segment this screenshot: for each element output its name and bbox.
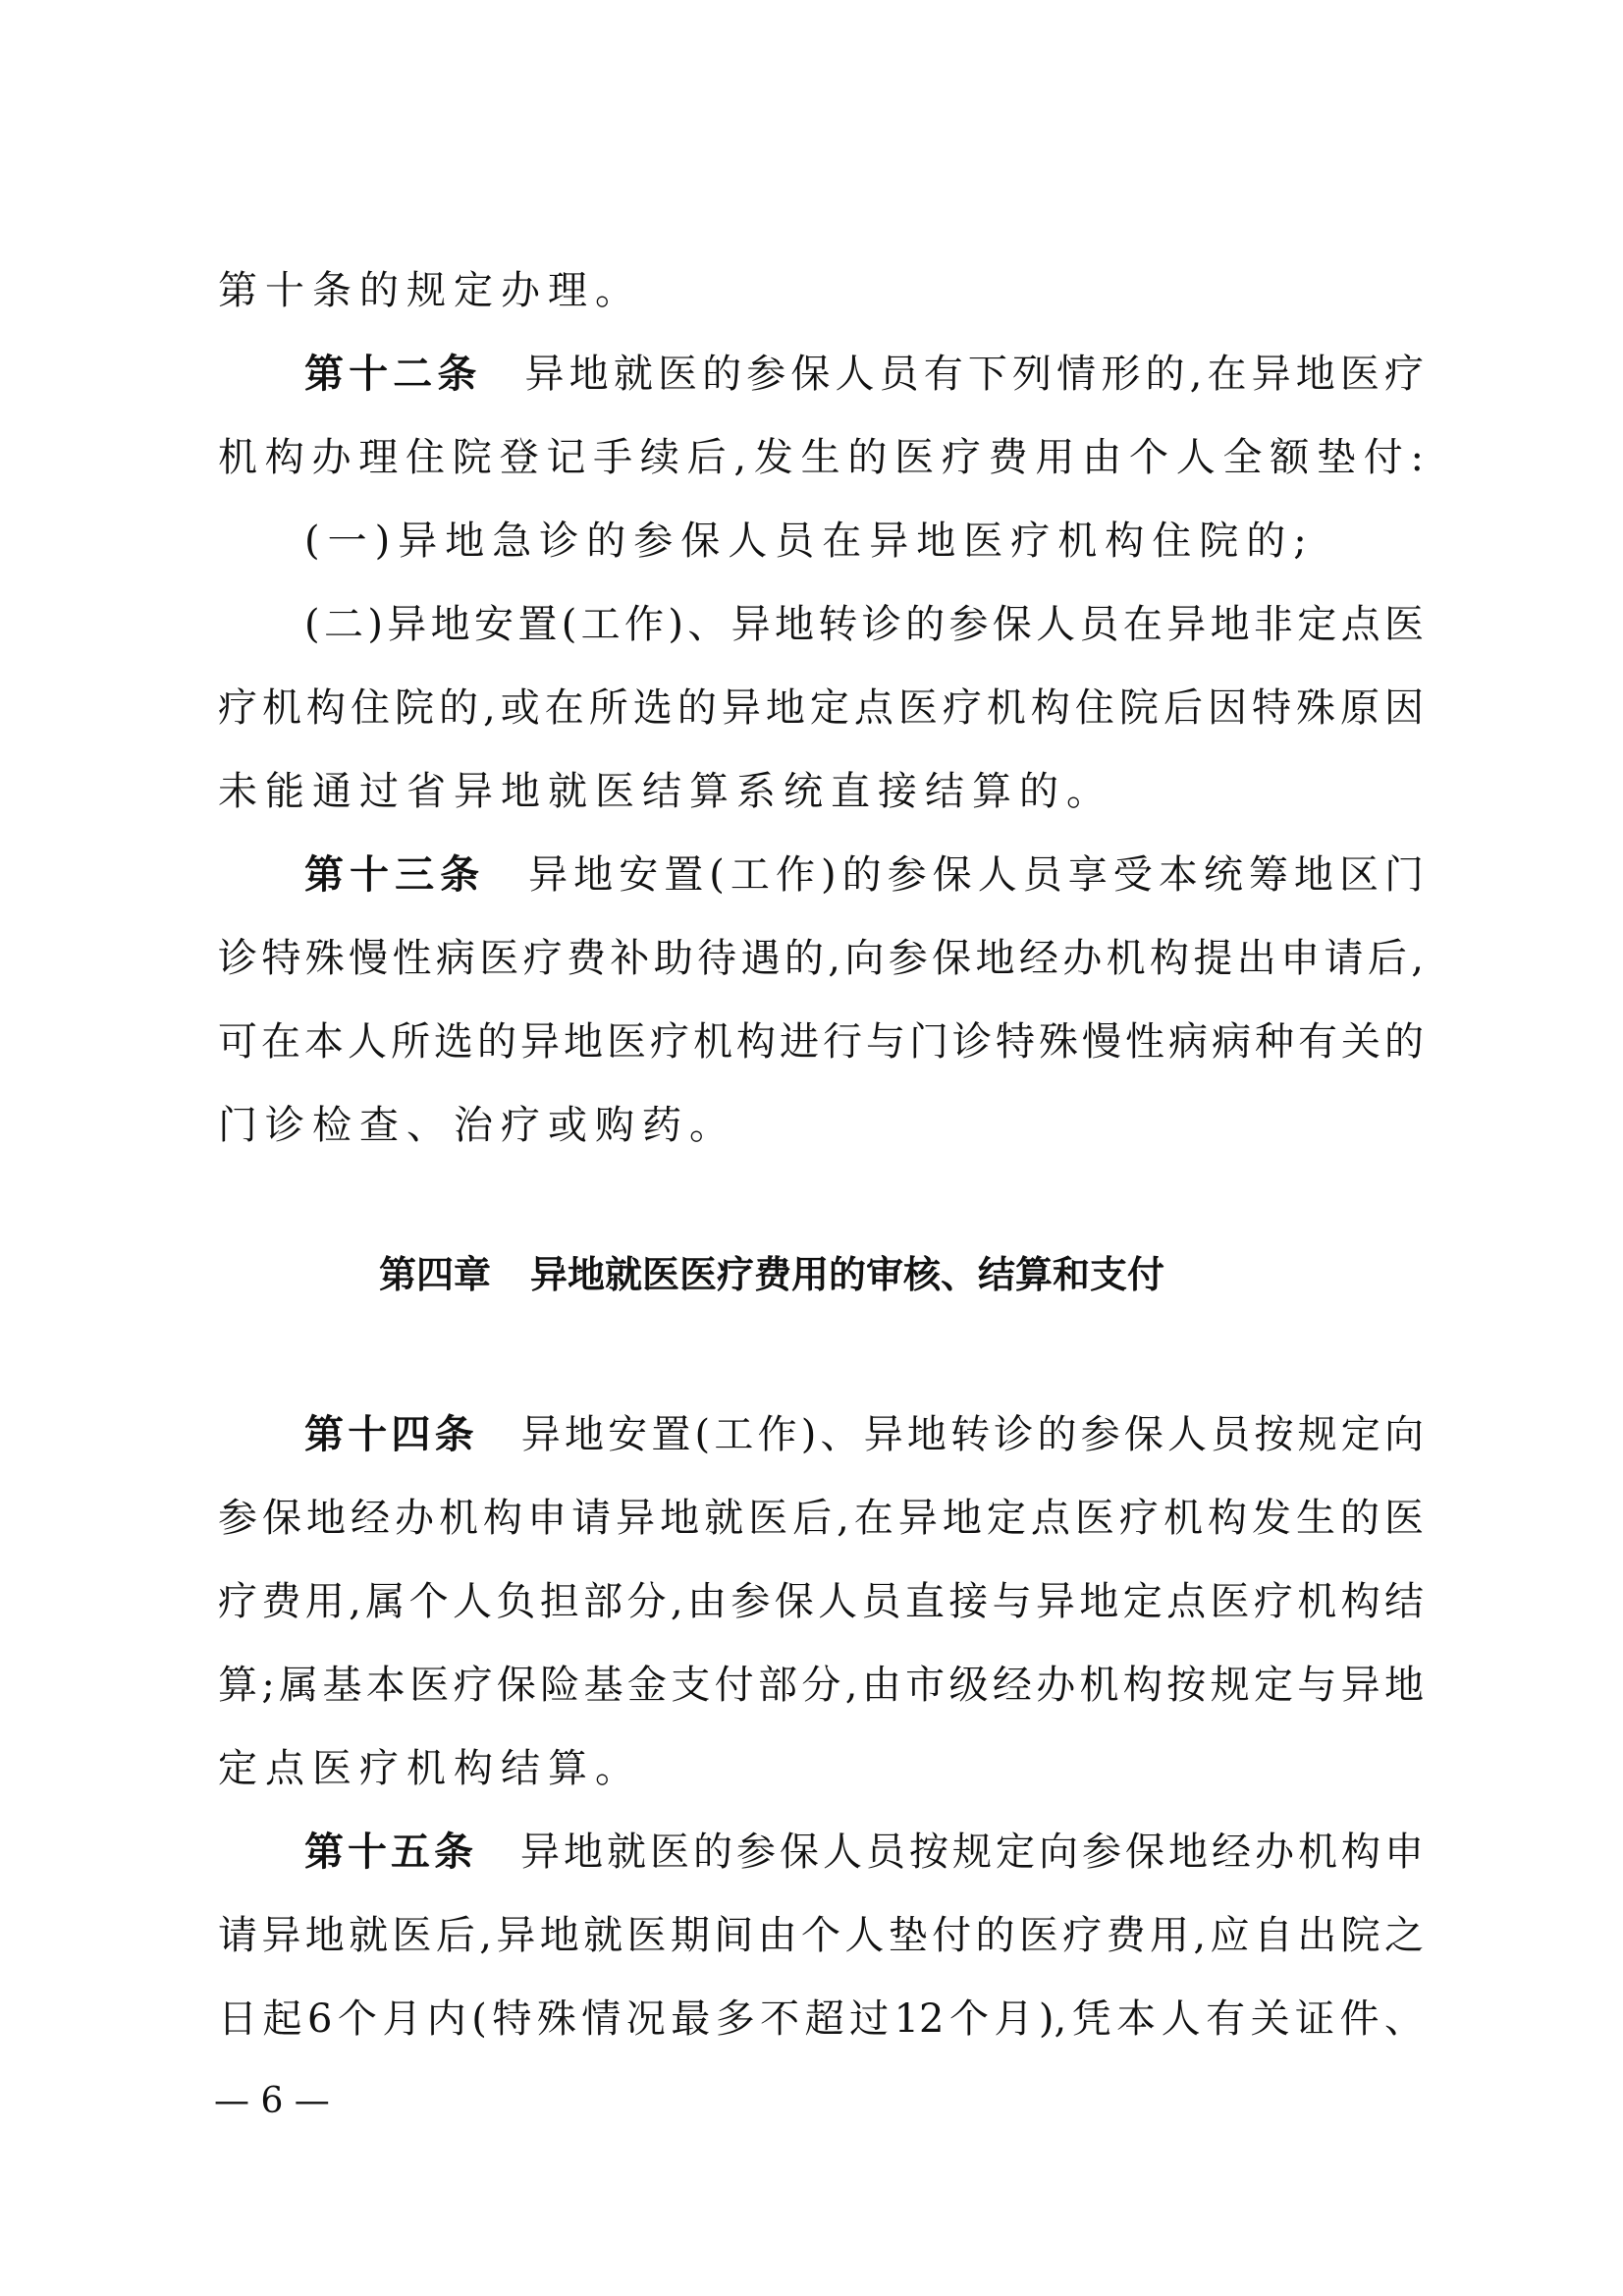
list-item-1: (一)异地急诊的参保人员在异地医疗机构住院的; xyxy=(304,512,1424,571)
text-line: 机构办理住院登记手续后,发生的医疗费用由个人全额垫付: xyxy=(218,428,1424,487)
text-line: 疗机构住院的,或在所选的异地定点医疗机构住院后因特殊原因 xyxy=(218,679,1424,738)
text-line: 门诊检查、治疗或购药。 xyxy=(218,1096,1424,1155)
line-text: 日起6个月内(特殊情况最多不超过12个月),凭本人有关证件、 xyxy=(218,1996,1424,2042)
line-text: 未能通过省异地就医结算系统直接结算的。 xyxy=(218,769,1113,814)
chapter-title: 异地就医医疗费用的审核、结算和支付 xyxy=(530,1253,1164,1296)
text-line: 参保地经办机构申请异地就医后,在异地定点医疗机构发生的医 xyxy=(218,1489,1424,1548)
chapter-heading: 第四章异地就医医疗费用的审核、结算和支付 xyxy=(379,1245,1164,1304)
text-line: 可在本人所选的异地医疗机构进行与门诊特殊慢性病病种有关的 xyxy=(218,1012,1424,1071)
line-text: 机构办理住院登记手续后,发生的医疗费用由个人全额垫付: xyxy=(218,435,1424,480)
article-number: 第十三条 xyxy=(304,852,485,898)
article-13-heading-line: 第十三条异地安置(工作)的参保人员享受本统筹地区门 xyxy=(304,846,1424,904)
article-number: 第十五条 xyxy=(304,1830,477,1875)
line-text: 异地安置(工作)、异地转诊的参保人员按规定向 xyxy=(521,1412,1424,1457)
list-item-2: (二)异地安置(工作)、异地转诊的参保人员在异地非定点医 xyxy=(304,595,1424,654)
line-text: (一)异地急诊的参保人员在异地医疗机构住院的; xyxy=(304,519,1315,564)
chapter-number: 第四章 xyxy=(379,1253,491,1296)
article-12-heading-line: 第十二条异地就医的参保人员有下列情形的,在异地医疗 xyxy=(304,345,1424,404)
line-text: 定点医疗机构结算。 xyxy=(218,1746,642,1791)
article-15-heading-line: 第十五条异地就医的参保人员按规定向参保地经办机构申 xyxy=(304,1823,1424,1882)
text-line: 日起6个月内(特殊情况最多不超过12个月),凭本人有关证件、 xyxy=(218,1990,1424,2049)
article-number: 第十四条 xyxy=(304,1412,478,1457)
text-line: 请异地就医后,异地就医期间由个人垫付的医疗费用,应自出院之 xyxy=(218,1906,1424,1965)
text-line: 未能通过省异地就医结算系统直接结算的。 xyxy=(218,762,1424,821)
text-line: 第十条的规定办理。 xyxy=(218,261,1424,320)
line-text: 疗费用,属个人负担部分,由参保人员直接与异地定点医疗机构结 xyxy=(218,1579,1424,1624)
line-text: 异地就医的参保人员按规定向参保地经办机构申 xyxy=(520,1830,1424,1875)
line-text: 异地安置(工作)的参保人员享受本统筹地区门 xyxy=(528,852,1424,898)
line-text: 第十条的规定办理。 xyxy=(218,268,642,313)
page-number: — 6 — xyxy=(214,2072,330,2131)
line-text: 疗机构住院的,或在所选的异地定点医疗机构住院后因特殊原因 xyxy=(218,685,1424,731)
line-text: 参保地经办机构申请异地就医后,在异地定点医疗机构发生的医 xyxy=(218,1496,1424,1541)
text-line: 定点医疗机构结算。 xyxy=(218,1739,1424,1798)
line-text: 门诊检查、治疗或购药。 xyxy=(218,1103,736,1148)
article-number: 第十二条 xyxy=(304,352,482,397)
text-line: 疗费用,属个人负担部分,由参保人员直接与异地定点医疗机构结 xyxy=(218,1572,1424,1631)
text-line: 算;属基本医疗保险基金支付部分,由市级经办机构按规定与异地 xyxy=(218,1656,1424,1715)
line-text: 异地就医的参保人员有下列情形的,在异地医疗 xyxy=(525,352,1424,397)
line-text: 诊特殊慢性病医疗费补助待遇的,向参保地经办机构提出申请后, xyxy=(218,936,1424,981)
line-text: 算;属基本医疗保险基金支付部分,由市级经办机构按规定与异地 xyxy=(218,1663,1424,1708)
article-14-heading-line: 第十四条异地安置(工作)、异地转诊的参保人员按规定向 xyxy=(304,1405,1424,1464)
line-text: (二)异地安置(工作)、异地转诊的参保人员在异地非定点医 xyxy=(304,602,1424,647)
text-line: 诊特殊慢性病医疗费补助待遇的,向参保地经办机构提出申请后, xyxy=(218,929,1424,988)
line-text: 请异地就医后,异地就医期间由个人垫付的医疗费用,应自出院之 xyxy=(218,1913,1424,1958)
line-text: 可在本人所选的异地医疗机构进行与门诊特殊慢性病病种有关的 xyxy=(218,1019,1424,1065)
